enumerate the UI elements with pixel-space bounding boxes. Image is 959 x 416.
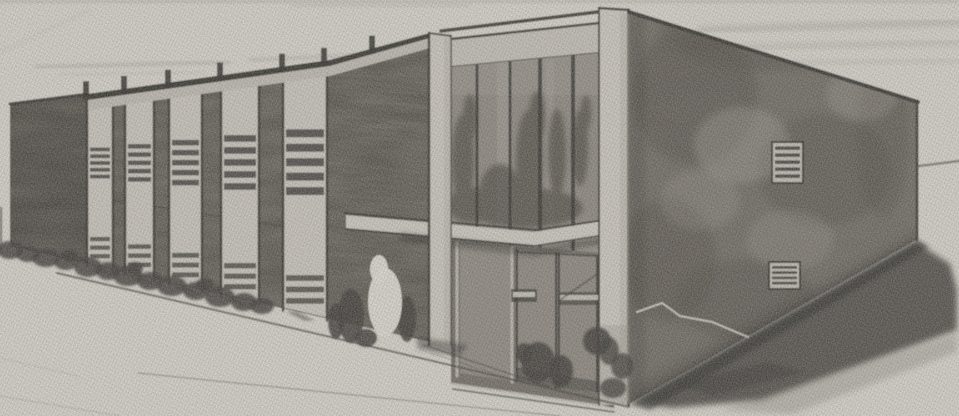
newspaper-photo-scan [0, 0, 959, 416]
architectural-rendering-svg [0, 0, 959, 416]
grain-light-overlay [0, 0, 959, 416]
